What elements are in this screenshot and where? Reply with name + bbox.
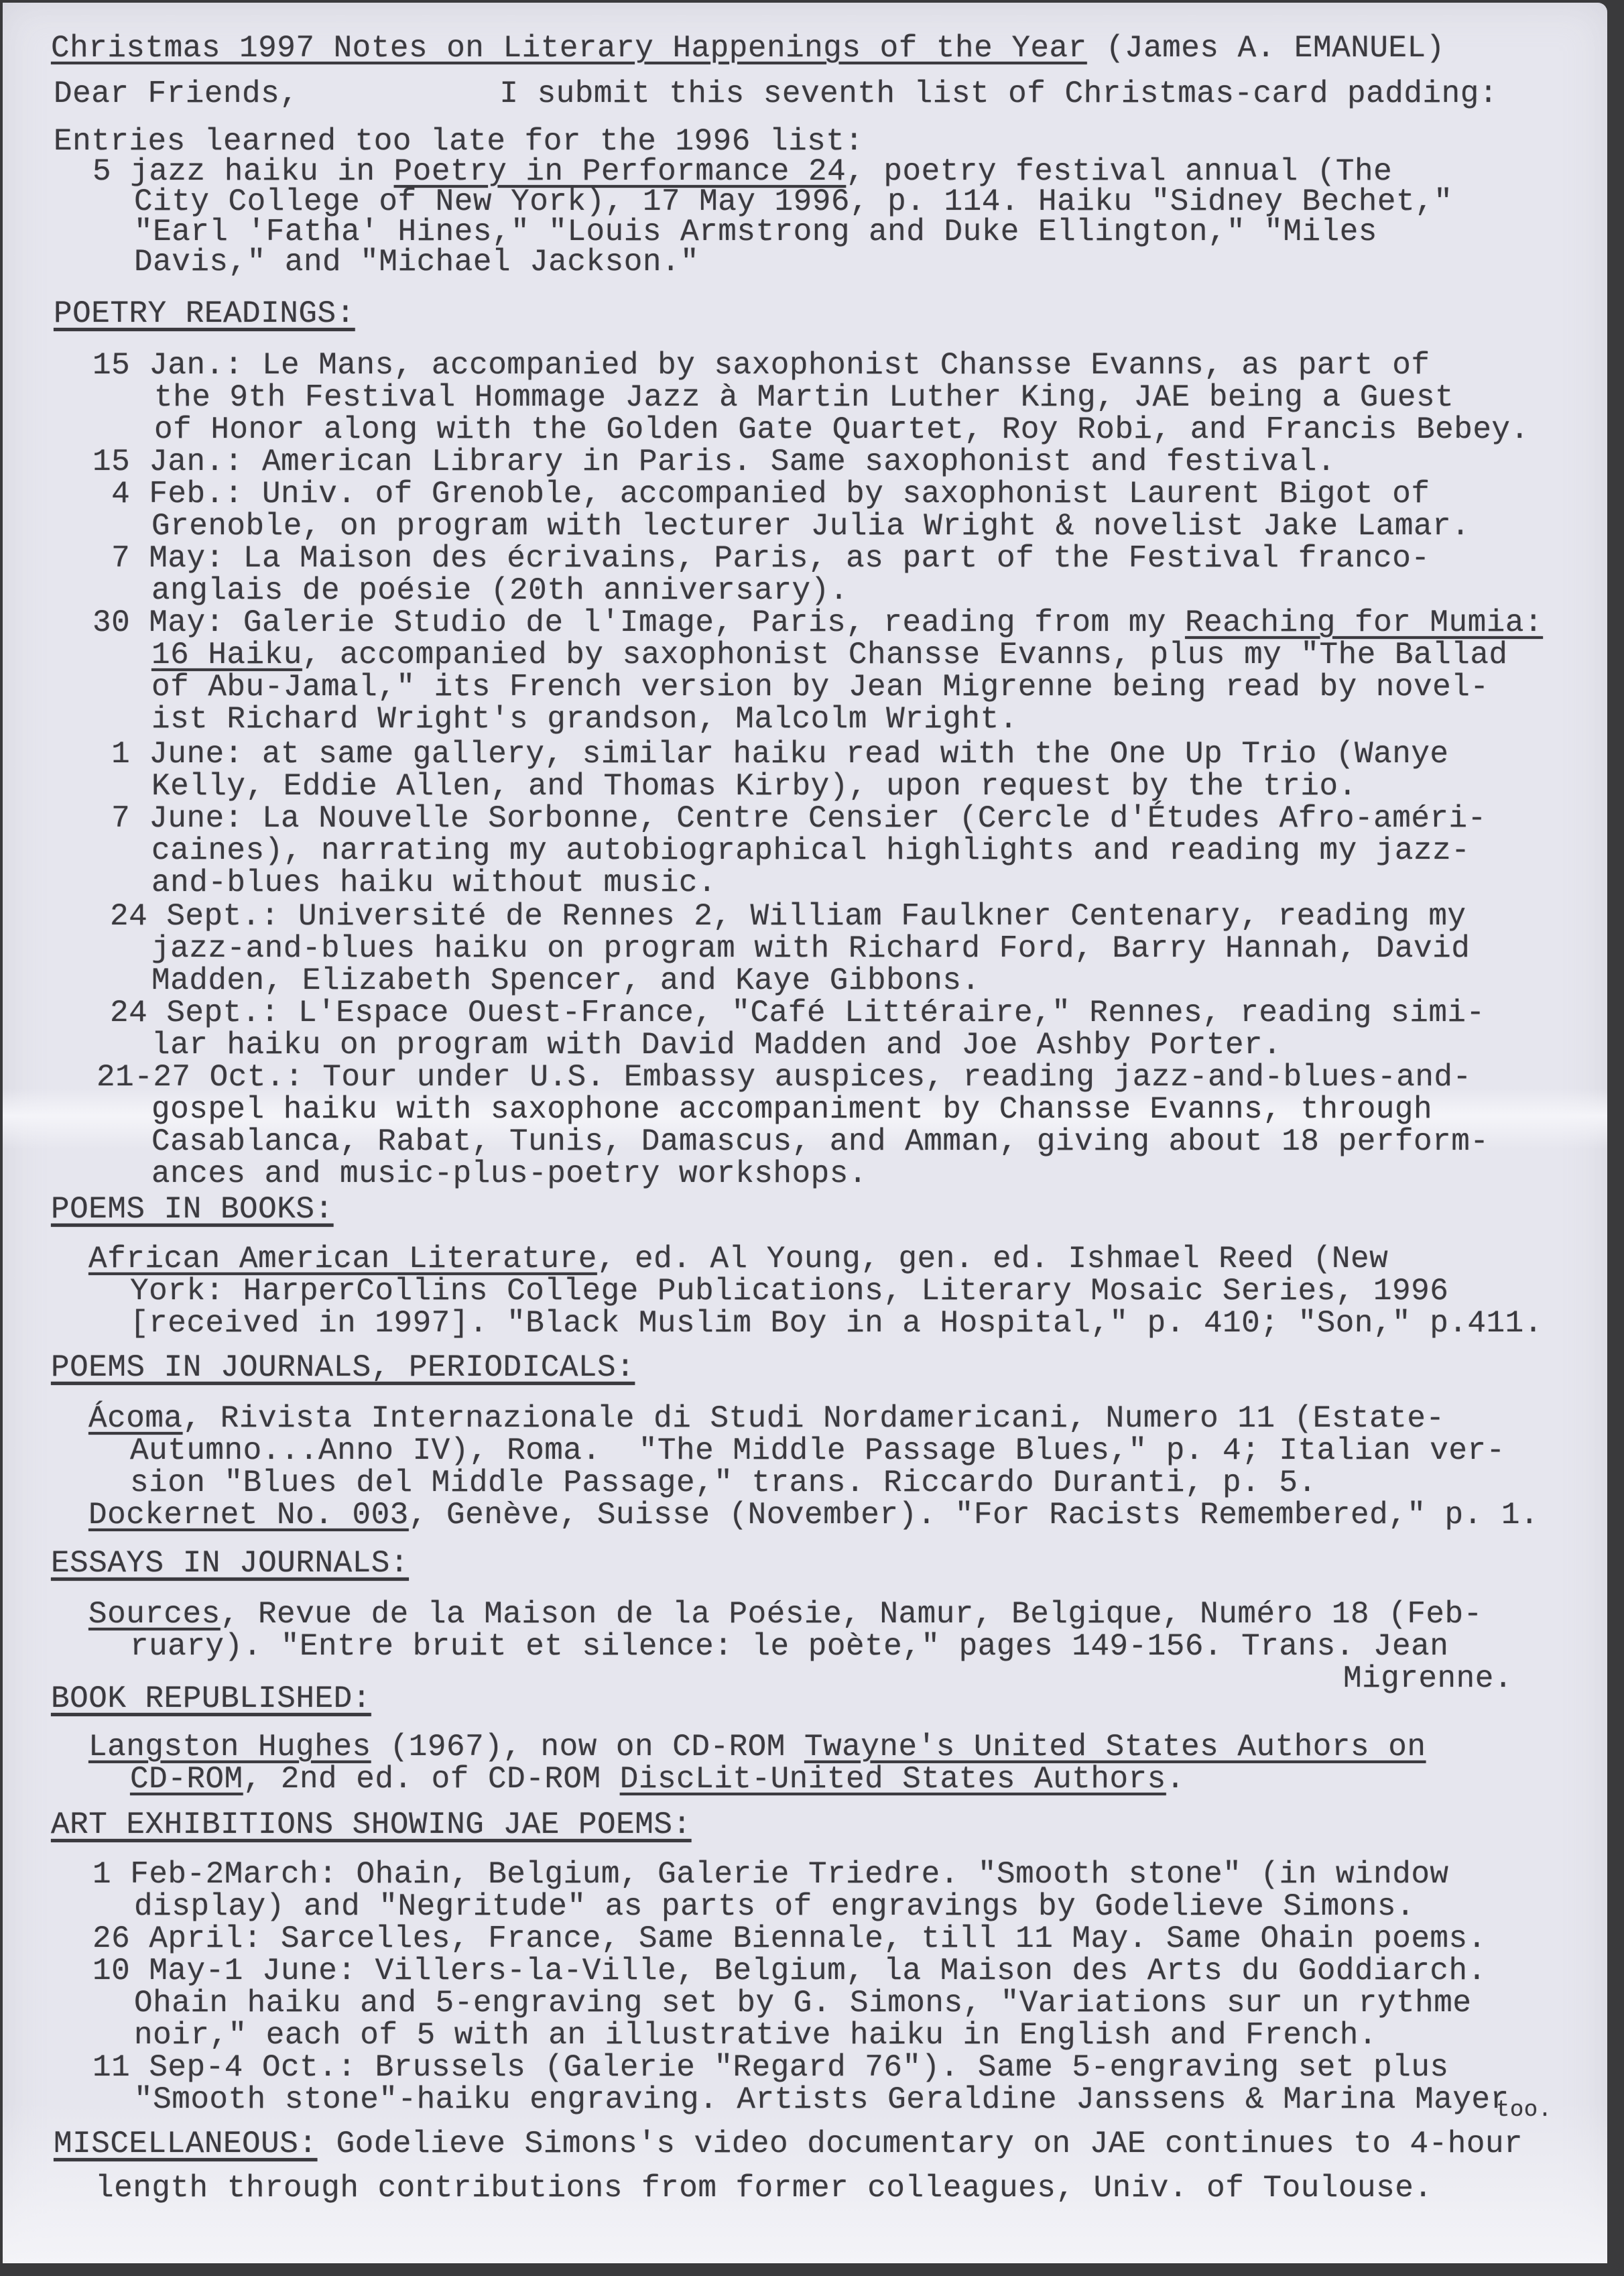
journal-entry: Ácoma, Rivista Internazionale di Studi N… — [88, 1402, 1445, 1435]
journal-title: Ácoma — [88, 1401, 183, 1436]
book-title: Langston Hughes — [88, 1730, 371, 1764]
section-heading-art-exhibitions: ART EXHIBITIONS SHOWING JAE POEMS: — [51, 1809, 692, 1841]
reading-entry: Madden, Elizabeth Spencer, and Kaye Gibb… — [151, 965, 981, 997]
reading-entry: 1 June: at same gallery, similar haiku r… — [92, 738, 1449, 770]
late-entry-line: City College of New York), 17 May 1996, … — [134, 186, 1452, 218]
typed-letter-page: Christmas 1997 Notes on Literary Happeni… — [3, 3, 1607, 2263]
essay-entry: Migrenne. — [1343, 1663, 1513, 1695]
section-heading-poetry-readings: POETRY READINGS: — [54, 298, 355, 330]
reading-entry: of Honor along with the Golden Gate Quar… — [154, 414, 1529, 446]
reading-entry: 15 Jan.: American Library in Paris. Same… — [92, 446, 1336, 478]
late-entry-line: "Earl 'Fatha' Hines," "Louis Armstrong a… — [134, 216, 1377, 248]
reading-entry: jazz-and-blues haiku on program with Ric… — [151, 933, 1470, 965]
essay-entry: Sources, Revue de la Maison de la Poésie… — [88, 1598, 1483, 1630]
exhibition-entry: 11 Sep-4 Oct.: Brussels (Galerie "Regard… — [92, 2051, 1449, 2084]
exhibition-entry-insert: too. — [1496, 2094, 1624, 2127]
reading-entry: 24 Sept.: L'Espace Ouest-France, "Café L… — [110, 997, 1485, 1029]
reading-entry: caines), narrating my autobiographical h… — [151, 835, 1470, 867]
section-heading-poems-in-journals: POEMS IN JOURNALS, PERIODICALS: — [51, 1352, 635, 1384]
reading-entry: Kelly, Eddie Allen, and Thomas Kirby), u… — [151, 770, 1357, 802]
exhibition-entry: 10 May-1 June: Villers-la-Ville, Belgium… — [92, 1955, 1487, 1987]
reading-entry: ances and music-plus-poetry workshops. — [151, 1158, 867, 1190]
exhibition-entry: noir," each of 5 with an illustrative ha… — [134, 2019, 1377, 2051]
reading-entry: gospel haiku with saxophone accompanimen… — [151, 1093, 1432, 1126]
exhibition-entry: "Smooth stone"-haiku engraving. Artists … — [134, 2084, 1509, 2116]
journal-entry: Dockernet No. 003, Genève, Suisse (Novem… — [88, 1499, 1539, 1531]
intro-text: I submit this seventh list of Christmas-… — [499, 76, 1498, 111]
reading-entry: Casablanca, Rabat, Tunis, Damascus, and … — [151, 1126, 1489, 1158]
series-title: CD-ROM — [130, 1762, 243, 1797]
document-author: (James A. EMANUEL) — [1106, 31, 1445, 66]
journal-entry: sion "Blues del Middle Passage," trans. … — [130, 1467, 1317, 1499]
exhibition-entry: 26 April: Sarcelles, France, Same Bienna… — [92, 1923, 1487, 1955]
reading-entry: ist Richard Wright's grandson, Malcolm W… — [151, 703, 1018, 735]
section-heading-essays-in-journals: ESSAYS IN JOURNALS: — [51, 1547, 409, 1579]
reading-entry: 7 June: La Nouvelle Sorbonne, Centre Cen… — [92, 802, 1487, 835]
book-title: African American Literature — [88, 1242, 597, 1276]
reading-entry: Grenoble, on program with lecturer Julia… — [151, 510, 1470, 542]
reading-entry: 7 May: La Maison des écrivains, Paris, a… — [92, 542, 1430, 575]
late-entries-heading: Entries learned too late for the 1996 li… — [54, 125, 864, 158]
exhibition-entry: 1 Feb-2March: Ohain, Belgium, Galerie Tr… — [92, 1858, 1449, 1891]
journal-entry: Autumno...Anno IV), Roma. "The Middle Pa… — [130, 1435, 1505, 1467]
reading-entry: 24 Sept.: Université de Rennes 2, Willia… — [110, 900, 1466, 933]
reading-entry: 30 May: Galerie Studio de l'Image, Paris… — [92, 607, 1543, 639]
exhibition-entry: display) and "Negritude" as parts of eng… — [134, 1891, 1415, 1923]
misc-entry: length through contributions from former… — [95, 2172, 1432, 2204]
book-entry: African American Literature, ed. Al Youn… — [88, 1243, 1388, 1275]
essay-entry: ruary). "Entre bruit et silence: le poèt… — [130, 1630, 1448, 1663]
reading-entry: anglais de poésie (20th anniversary). — [151, 575, 849, 607]
reading-entry: and-blues haiku without music. — [151, 867, 716, 899]
reading-entry: 15 Jan.: Le Mans, accompanied by saxopho… — [92, 349, 1430, 381]
book-title: Reaching for Mumia: — [1185, 605, 1543, 640]
document-title: Christmas 1997 Notes on Literary Happeni… — [51, 31, 1087, 66]
reading-entry: lar haiku on program with David Madden a… — [151, 1029, 1282, 1061]
journal-title: Dockernet No. 003 — [88, 1498, 409, 1533]
reading-entry: 21-27 Oct.: Tour under U.S. Embassy ausp… — [97, 1061, 1472, 1093]
journal-title: Sources — [88, 1597, 221, 1632]
series-title: Twayne's United States Authors on — [804, 1730, 1426, 1764]
reading-entry: 4 Feb.: Univ. of Grenoble, accompanied b… — [92, 478, 1430, 510]
republished-entry: Langston Hughes (1967), now on CD-ROM Tw… — [88, 1731, 1426, 1763]
section-heading-book-republished: BOOK REPUBLISHED: — [51, 1683, 371, 1715]
document-title-line: Christmas 1997 Notes on Literary Happeni… — [51, 32, 1445, 64]
late-entry-line: 5 jazz haiku in Poetry in Performance 24… — [92, 156, 1392, 188]
reading-entry: of Abu-Jamal," its French version by Jea… — [151, 671, 1489, 703]
book-entry: [received in 1997]. "Black Muslim Boy in… — [130, 1307, 1543, 1339]
late-entry-line: Davis," and "Michael Jackson." — [134, 246, 699, 278]
reading-entry: the 9th Festival Hommage Jazz à Martin L… — [154, 381, 1454, 414]
section-heading-poems-in-books: POEMS IN BOOKS: — [51, 1193, 334, 1225]
series-title: DiscLit-United States Authors — [620, 1762, 1166, 1797]
republished-entry: CD-ROM, 2nd ed. of CD-ROM DiscLit-United… — [130, 1763, 1185, 1795]
book-title: 16 Haiku — [151, 638, 302, 672]
misc-entry: MISCELLANEOUS: Godelieve Simons's video … — [54, 2128, 1523, 2160]
greeting: Dear Friends, — [54, 76, 298, 111]
greeting-line: Dear Friends,I submit this seventh list … — [54, 78, 1498, 110]
reading-entry: 16 Haiku, accompanied by saxophonist Cha… — [151, 639, 1508, 671]
book-entry: York: HarperCollins College Publications… — [130, 1275, 1448, 1307]
section-heading-miscellaneous: MISCELLANEOUS: — [54, 2127, 317, 2161]
exhibition-entry: Ohain haiku and 5-engraving set by G. Si… — [134, 1987, 1471, 2019]
